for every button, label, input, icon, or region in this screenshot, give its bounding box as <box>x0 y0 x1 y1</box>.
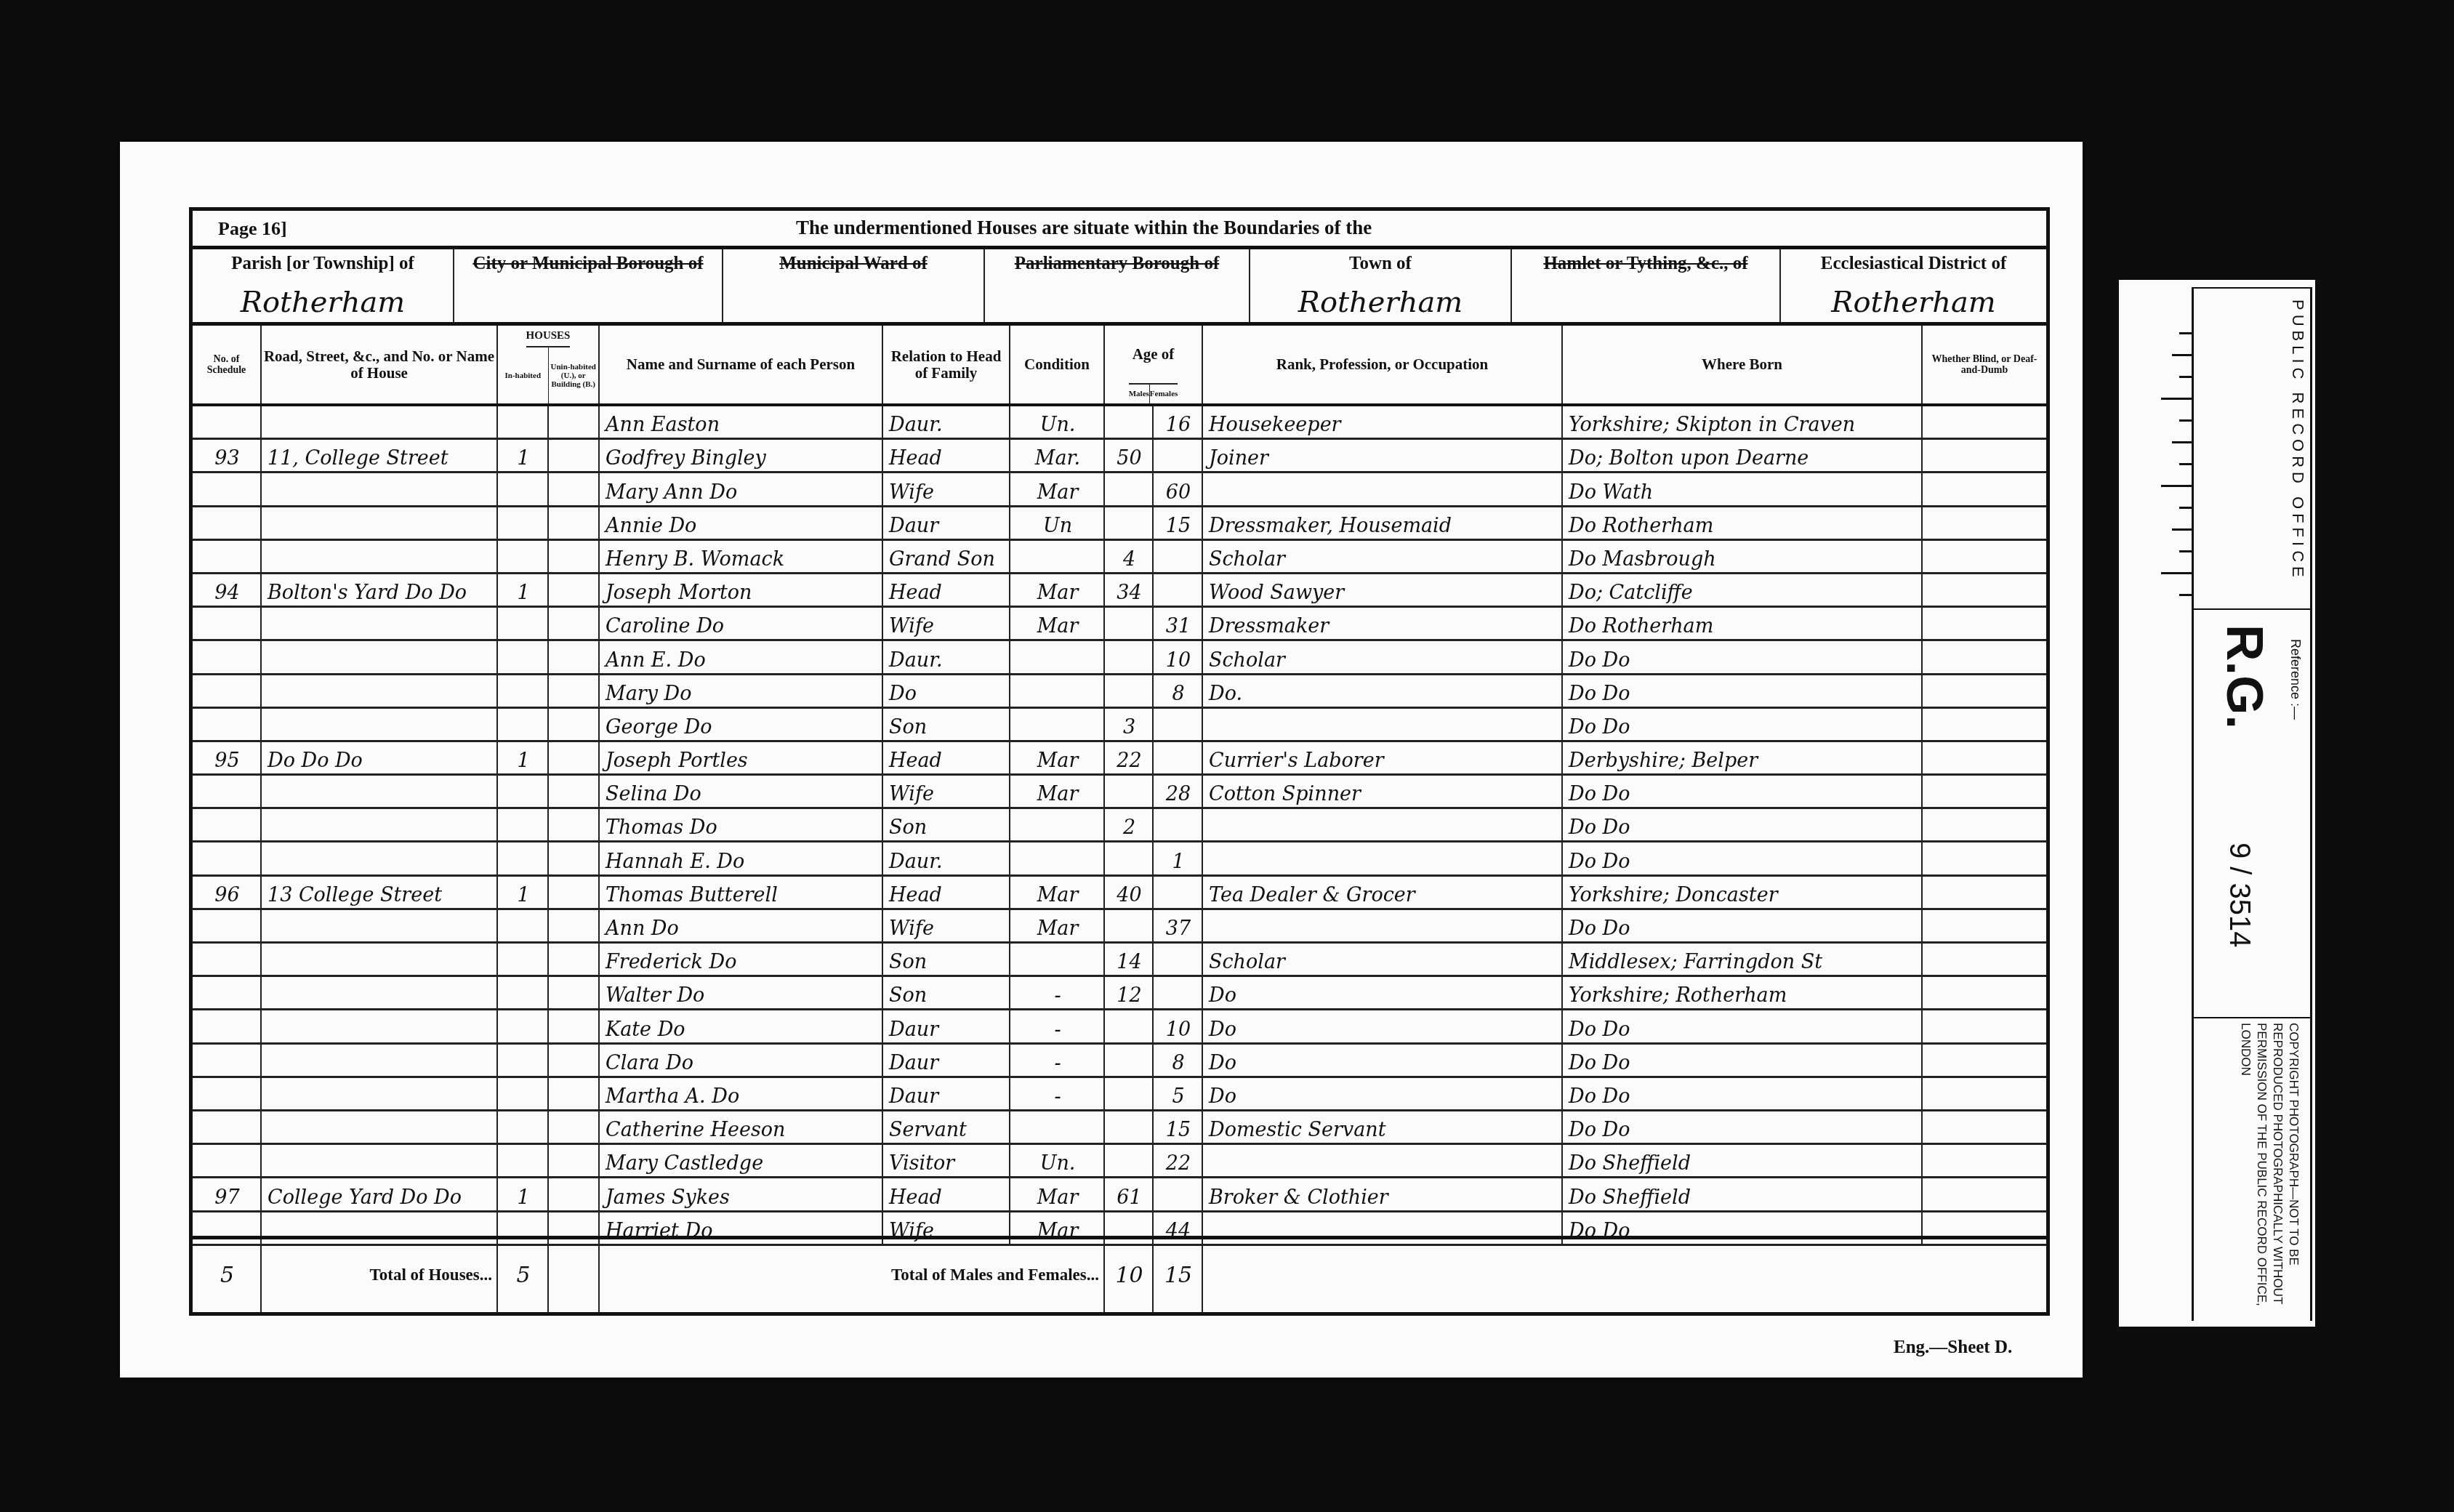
inhabited-cell <box>498 776 549 807</box>
schedule-cell <box>193 977 262 1008</box>
series-code: R.G. <box>2216 624 2274 729</box>
table-row: George DoSon3Do Do <box>193 709 2046 742</box>
parliamentary-borough-field: Parliamentary Borough of <box>985 249 1250 322</box>
uninhabited-cell <box>549 809 600 840</box>
road-cell <box>262 608 498 639</box>
condition-cell <box>1010 675 1105 707</box>
ecclesiastical-district-field: Ecclesiastical District of Rotherham <box>1781 249 2046 322</box>
occupation-cell: Joiner <box>1203 440 1563 471</box>
table-row: Mary Ann DoWifeMar60Do Wath <box>193 473 2046 507</box>
schedule-cell: 97 <box>193 1178 262 1210</box>
road-cell <box>262 1010 498 1042</box>
schedule-cell <box>193 1111 262 1143</box>
name-cell: Ann Easton <box>600 406 883 438</box>
relation-cell: Wife <box>883 776 1010 807</box>
name-cell: Thomas Butterell <box>600 877 883 908</box>
birthplace-cell: Do Rotherham <box>1563 608 1923 639</box>
condition-cell: Mar <box>1010 608 1105 639</box>
occupation-cell: Housekeeper <box>1203 406 1563 438</box>
name-cell: Godfrey Bingley <box>600 440 883 471</box>
uninhabited-cell <box>549 1010 600 1042</box>
male-age-cell <box>1105 507 1154 539</box>
relation-cell: Servant <box>883 1111 1010 1143</box>
female-age-cell: 31 <box>1154 608 1203 639</box>
relation-cell: Son <box>883 709 1010 740</box>
uninhabited-cell <box>549 574 600 606</box>
blind-cell <box>1923 1045 2046 1076</box>
female-age-cell: 16 <box>1154 406 1203 438</box>
condition-cell <box>1010 709 1105 740</box>
condition-cell: Un <box>1010 507 1105 539</box>
uninhabited-cell <box>549 473 600 504</box>
blind-cell <box>1923 1111 2046 1143</box>
name-cell: Hannah E. Do <box>600 843 883 874</box>
condition-cell: - <box>1010 1078 1105 1109</box>
page-heading: The undermentioned Houses are situate wi… <box>796 217 1372 239</box>
female-age-cell <box>1154 541 1203 572</box>
condition-cell <box>1010 843 1105 874</box>
inhabited-cell <box>498 709 549 740</box>
table-row: Selina DoWifeMar28Cotton SpinnerDo Do <box>193 776 2046 809</box>
occupation-cell: Do. <box>1203 675 1563 707</box>
occupation-cell: Do <box>1203 1078 1563 1109</box>
table-row: 95Do Do Do1Joseph PortlesHeadMar22Currie… <box>193 742 2046 776</box>
occupation-cell <box>1203 473 1563 504</box>
birthplace-cell: Yorkshire; Doncaster <box>1563 877 1923 908</box>
male-age-cell <box>1105 1078 1154 1109</box>
census-rows: Ann EastonDaur.Un.16HousekeeperYorkshire… <box>193 406 2046 1246</box>
birthplace-cell: Middlesex; Farringdon St <box>1563 944 1923 975</box>
total-houses-label: Total of Houses... <box>262 1239 498 1312</box>
condition-cell <box>1010 541 1105 572</box>
schedule-cell: 93 <box>193 440 262 471</box>
condition-cell <box>1010 641 1105 672</box>
birthplace-cell: Do Do <box>1563 910 1923 941</box>
road-cell <box>262 944 498 975</box>
road-cell <box>262 541 498 572</box>
blind-cell <box>1923 574 2046 606</box>
road-cell <box>262 910 498 941</box>
birthplace-cell: Do Do <box>1563 1045 1923 1076</box>
relation-cell: Head <box>883 877 1010 908</box>
condition-cell: Mar. <box>1010 440 1105 471</box>
name-cell: Frederick Do <box>600 944 883 975</box>
blind-cell <box>1923 608 2046 639</box>
relation-cell: Wife <box>883 473 1010 504</box>
table-row: Ann DoWifeMar37Do Do <box>193 910 2046 944</box>
male-age-cell: 14 <box>1105 944 1154 975</box>
hamlet-field: Hamlet or Tything, &c., of <box>1512 249 1781 322</box>
city-field: City or Municipal Borough of <box>454 249 723 322</box>
relation-cell: Do <box>883 675 1010 707</box>
birthplace-cell: Derbyshire; Belper <box>1563 742 1923 773</box>
occupation-cell: Dressmaker, Housemaid <box>1203 507 1563 539</box>
name-cell: Joseph Portles <box>600 742 883 773</box>
table-row: 97College Yard Do Do1James SykesHeadMar6… <box>193 1178 2046 1212</box>
inhabited-cell <box>498 977 549 1008</box>
male-age-cell <box>1105 1111 1154 1143</box>
blind-cell <box>1923 1078 2046 1109</box>
uninhabited-cell <box>549 440 600 471</box>
occupation-cell: Cotton Spinner <box>1203 776 1563 807</box>
blind-cell <box>1923 641 2046 672</box>
name-cell: Kate Do <box>600 1010 883 1042</box>
male-age-cell <box>1105 776 1154 807</box>
female-age-cell: 15 <box>1154 1111 1203 1143</box>
occupation-cell <box>1203 1145 1563 1176</box>
female-age-cell <box>1154 742 1203 773</box>
table-row: Hannah E. DoDaur.1Do Do <box>193 843 2046 876</box>
occupation-cell: Scholar <box>1203 641 1563 672</box>
schedule-cell <box>193 675 262 707</box>
inhabited-cell <box>498 1045 549 1076</box>
uninhabited-cell <box>549 608 600 639</box>
name-cell: Ann Do <box>600 910 883 941</box>
schedule-cell <box>193 608 262 639</box>
schedule-cell: 94 <box>193 574 262 606</box>
condition-cell: - <box>1010 977 1105 1008</box>
schedule-cell <box>193 809 262 840</box>
occupation-cell: Do <box>1203 1045 1563 1076</box>
female-age-cell: 10 <box>1154 1010 1203 1042</box>
inhabited-cell <box>498 641 549 672</box>
table-row: 9613 College Street1Thomas ButterellHead… <box>193 877 2046 910</box>
name-cell: Mary Ann Do <box>600 473 883 504</box>
male-age-cell <box>1105 406 1154 438</box>
female-age-cell <box>1154 574 1203 606</box>
col-occupation: Rank, Profession, or Occupation <box>1203 326 1563 403</box>
name-cell: Selina Do <box>600 776 883 807</box>
male-age-cell: 40 <box>1105 877 1154 908</box>
relation-cell: Head <box>883 742 1010 773</box>
relation-cell: Head <box>883 440 1010 471</box>
totals-row: 5 Total of Houses... 5 Total of Males an… <box>193 1236 2046 1312</box>
uninhabited-cell <box>549 877 600 908</box>
uninhabited-cell <box>549 944 600 975</box>
birthplace-cell: Do; Catcliffe <box>1563 574 1923 606</box>
road-cell <box>262 977 498 1008</box>
name-cell: Catherine Heeson <box>600 1111 883 1143</box>
name-cell: James Sykes <box>600 1178 883 1210</box>
page-number: Page 16] <box>218 218 287 240</box>
town-field: Town of Rotherham <box>1250 249 1512 322</box>
uninhabited-cell <box>549 1045 600 1076</box>
relation-cell: Daur. <box>883 406 1010 438</box>
male-age-cell <box>1105 1145 1154 1176</box>
total-people-label: Total of Males and Females... <box>600 1239 1105 1312</box>
female-age-cell <box>1154 1178 1203 1210</box>
blind-cell <box>1923 1145 2046 1176</box>
female-age-cell: 60 <box>1154 473 1203 504</box>
road-cell: Bolton's Yard Do Do <box>262 574 498 606</box>
inhabited-cell <box>498 473 549 504</box>
blind-cell <box>1923 1178 2046 1210</box>
uninhabited-cell <box>549 641 600 672</box>
uninhabited-cell <box>549 1145 600 1176</box>
blind-cell <box>1923 776 2046 807</box>
male-age-cell <box>1105 1010 1154 1042</box>
male-age-cell <box>1105 473 1154 504</box>
occupation-cell <box>1203 910 1563 941</box>
birthplace-cell: Do Do <box>1563 709 1923 740</box>
name-cell: Ann E. Do <box>600 641 883 672</box>
condition-cell <box>1010 809 1105 840</box>
table-row: Kate DoDaur-10DoDo Do <box>193 1010 2046 1044</box>
road-cell <box>262 843 498 874</box>
female-age-cell <box>1154 877 1203 908</box>
female-age-cell <box>1154 977 1203 1008</box>
male-age-cell: 34 <box>1105 574 1154 606</box>
male-age-cell <box>1105 675 1154 707</box>
female-age-cell: 15 <box>1154 507 1203 539</box>
condition-cell: Mar <box>1010 574 1105 606</box>
condition-cell: Mar <box>1010 742 1105 773</box>
road-cell <box>262 1045 498 1076</box>
relation-cell: Visitor <box>883 1145 1010 1176</box>
male-age-cell <box>1105 608 1154 639</box>
schedule-cell <box>193 709 262 740</box>
inhabited-cell <box>498 1010 549 1042</box>
schedule-cell <box>193 910 262 941</box>
uninhabited-cell <box>549 742 600 773</box>
col-name: Name and Surname of each Person <box>600 326 883 403</box>
inhabited-cell <box>498 843 549 874</box>
census-form: Page 16] The undermentioned Houses are s… <box>189 207 2050 1316</box>
birthplace-cell: Do Sheffield <box>1563 1145 1923 1176</box>
occupation-cell: Dressmaker <box>1203 608 1563 639</box>
schedule-cell <box>193 1145 262 1176</box>
inhabited-cell <box>498 1078 549 1109</box>
total-females: 15 <box>1154 1239 1203 1312</box>
inhabited-cell <box>498 406 549 438</box>
blind-cell <box>1923 742 2046 773</box>
column-headers: No. of Schedule Road, Street, &c., and N… <box>193 326 2046 406</box>
relation-cell: Daur <box>883 1045 1010 1076</box>
relation-cell: Daur. <box>883 641 1010 672</box>
birthplace-cell: Do Rotherham <box>1563 507 1923 539</box>
female-age-cell: 28 <box>1154 776 1203 807</box>
road-cell <box>262 406 498 438</box>
condition-cell: Un. <box>1010 406 1105 438</box>
inhabited-cell <box>498 944 549 975</box>
female-age-cell: 1 <box>1154 843 1203 874</box>
male-age-cell <box>1105 1045 1154 1076</box>
relation-cell: Daur. <box>883 843 1010 874</box>
male-age-cell <box>1105 641 1154 672</box>
occupation-cell: Wood Sawyer <box>1203 574 1563 606</box>
birthplace-cell: Do Do <box>1563 1111 1923 1143</box>
total-houses: 5 <box>498 1239 549 1312</box>
occupation-cell <box>1203 843 1563 874</box>
male-age-cell: 3 <box>1105 709 1154 740</box>
inhabited-cell <box>498 675 549 707</box>
blind-cell <box>1923 675 2046 707</box>
condition-cell: Un. <box>1010 1145 1105 1176</box>
page-header: Page 16] The undermentioned Houses are s… <box>193 211 2046 249</box>
male-age-cell: 61 <box>1105 1178 1154 1210</box>
occupation-cell <box>1203 809 1563 840</box>
road-cell <box>262 709 498 740</box>
road-cell: 13 College Street <box>262 877 498 908</box>
parish-field: Parish [or Township] of Rotherham <box>193 249 454 322</box>
uninhabited-cell <box>549 541 600 572</box>
road-cell <box>262 1145 498 1176</box>
name-cell: Clara Do <box>600 1045 883 1076</box>
table-row: Clara DoDaur-8DoDo Do <box>193 1045 2046 1078</box>
road-cell <box>262 473 498 504</box>
condition-cell: Mar <box>1010 473 1105 504</box>
female-age-cell: 37 <box>1154 910 1203 941</box>
reference-slip: PUBLIC RECORD OFFICE R.G. Reference :— 9… <box>2119 280 2315 1327</box>
blind-cell <box>1923 977 2046 1008</box>
inhabited-cell: 1 <box>498 742 549 773</box>
blind-cell <box>1923 541 2046 572</box>
road-cell <box>262 1078 498 1109</box>
birthplace-cell: Do Do <box>1563 843 1923 874</box>
table-row: Caroline DoWifeMar31DressmakerDo Rotherh… <box>193 608 2046 641</box>
place-headers: Parish [or Township] of Rotherham City o… <box>193 249 2046 326</box>
blind-cell <box>1923 843 2046 874</box>
schedule-cell <box>193 1010 262 1042</box>
inhabited-cell <box>498 608 549 639</box>
birthplace-cell: Do Masbrough <box>1563 541 1923 572</box>
table-row: Catherine HeesonServant15Domestic Servan… <box>193 1111 2046 1145</box>
road-cell: 11, College Street <box>262 440 498 471</box>
female-age-cell: 8 <box>1154 1045 1203 1076</box>
uninhabited-cell <box>549 1078 600 1109</box>
name-cell: Martha A. Do <box>600 1078 883 1109</box>
uninhabited-cell <box>549 1111 600 1143</box>
schedule-cell <box>193 944 262 975</box>
name-cell: George Do <box>600 709 883 740</box>
birthplace-cell: Do Do <box>1563 776 1923 807</box>
name-cell: Thomas Do <box>600 809 883 840</box>
male-age-cell <box>1105 843 1154 874</box>
occupation-cell <box>1203 709 1563 740</box>
blind-cell <box>1923 809 2046 840</box>
table-row: Ann EastonDaur.Un.16HousekeeperYorkshire… <box>193 406 2046 440</box>
blind-cell <box>1923 406 2046 438</box>
schedule-cell: 95 <box>193 742 262 773</box>
condition-cell: - <box>1010 1010 1105 1042</box>
occupation-cell: Scholar <box>1203 944 1563 975</box>
name-cell: Joseph Morton <box>600 574 883 606</box>
table-row: 9311, College Street1Godfrey BingleyHead… <box>193 440 2046 473</box>
condition-cell: Mar <box>1010 877 1105 908</box>
birthplace-cell: Do; Bolton upon Dearne <box>1563 440 1923 471</box>
uninhabited-cell <box>549 977 600 1008</box>
table-row: 94Bolton's Yard Do Do1Joseph MortonHeadM… <box>193 574 2046 608</box>
name-cell: Caroline Do <box>600 608 883 639</box>
record-office-label: PUBLIC RECORD OFFICE <box>2288 299 2307 582</box>
schedule-cell <box>193 641 262 672</box>
occupation-cell: Domestic Servant <box>1203 1111 1563 1143</box>
blind-cell <box>1923 910 2046 941</box>
census-sheet: Page 16] The undermentioned Houses are s… <box>120 142 2083 1378</box>
relation-cell: Head <box>883 574 1010 606</box>
reference-label: Reference :— <box>2288 639 2303 720</box>
occupation-cell: Scholar <box>1203 541 1563 572</box>
table-row: Mary CastledgeVisitorUn.22Do Sheffield <box>193 1145 2046 1178</box>
col-houses: HOUSES In-habitedUnin-habited (U.), or B… <box>498 326 600 403</box>
male-age-cell: 2 <box>1105 809 1154 840</box>
inhabited-cell: 1 <box>498 574 549 606</box>
col-relation: Relation to Head of Family <box>883 326 1010 403</box>
condition-cell <box>1010 944 1105 975</box>
relation-cell: Son <box>883 977 1010 1008</box>
table-row: Mary DoDo8Do.Do Do <box>193 675 2046 709</box>
road-cell <box>262 507 498 539</box>
female-age-cell: 5 <box>1154 1078 1203 1109</box>
schedule-cell <box>193 541 262 572</box>
road-cell <box>262 809 498 840</box>
sheet-label: Eng.—Sheet D. <box>1894 1338 2012 1358</box>
road-cell: College Yard Do Do <box>262 1178 498 1210</box>
inhabited-cell <box>498 1111 549 1143</box>
male-age-cell <box>1105 910 1154 941</box>
occupation-cell: Do <box>1203 977 1563 1008</box>
condition-cell <box>1010 1111 1105 1143</box>
schedule-cell: 96 <box>193 877 262 908</box>
condition-cell: Mar <box>1010 910 1105 941</box>
female-age-cell <box>1154 809 1203 840</box>
occupation-cell: Broker & Clothier <box>1203 1178 1563 1210</box>
road-cell <box>262 1111 498 1143</box>
uninhabited-cell <box>549 910 600 941</box>
blind-cell <box>1923 1010 2046 1042</box>
table-row: Ann E. DoDaur.10ScholarDo Do <box>193 641 2046 675</box>
male-age-cell: 22 <box>1105 742 1154 773</box>
condition-cell: Mar <box>1010 776 1105 807</box>
total-males: 10 <box>1105 1239 1154 1312</box>
schedule-cell <box>193 473 262 504</box>
relation-cell: Daur <box>883 1010 1010 1042</box>
col-age: Age of MalesFemales <box>1105 326 1203 403</box>
birthplace-cell: Yorkshire; Rotherham <box>1563 977 1923 1008</box>
blind-cell <box>1923 473 2046 504</box>
col-born: Where Born <box>1563 326 1923 403</box>
relation-cell: Wife <box>883 910 1010 941</box>
inhabited-cell: 1 <box>498 1178 549 1210</box>
relation-cell: Daur <box>883 1078 1010 1109</box>
table-row: Henry B. WomackGrand Son4ScholarDo Masbr… <box>193 541 2046 574</box>
schedule-cell <box>193 843 262 874</box>
birthplace-cell: Do Do <box>1563 675 1923 707</box>
relation-cell: Son <box>883 944 1010 975</box>
female-age-cell <box>1154 440 1203 471</box>
relation-cell: Daur <box>883 507 1010 539</box>
blind-cell <box>1923 877 2046 908</box>
uninhabited-cell <box>549 507 600 539</box>
birthplace-cell: Yorkshire; Skipton in Craven <box>1563 406 1923 438</box>
schedule-cell <box>193 1045 262 1076</box>
condition-cell: Mar <box>1010 1178 1105 1210</box>
total-schedules: 5 <box>193 1239 262 1312</box>
condition-cell: - <box>1010 1045 1105 1076</box>
inhabited-cell: 1 <box>498 440 549 471</box>
inhabited-cell: 1 <box>498 877 549 908</box>
male-age-cell: 12 <box>1105 977 1154 1008</box>
occupation-cell: Do <box>1203 1010 1563 1042</box>
uninhabited-cell <box>549 843 600 874</box>
col-condition: Condition <box>1010 326 1105 403</box>
female-age-cell: 8 <box>1154 675 1203 707</box>
female-age-cell: 10 <box>1154 641 1203 672</box>
female-age-cell <box>1154 944 1203 975</box>
blind-cell <box>1923 440 2046 471</box>
inhabited-cell <box>498 910 549 941</box>
inhabited-cell <box>498 809 549 840</box>
